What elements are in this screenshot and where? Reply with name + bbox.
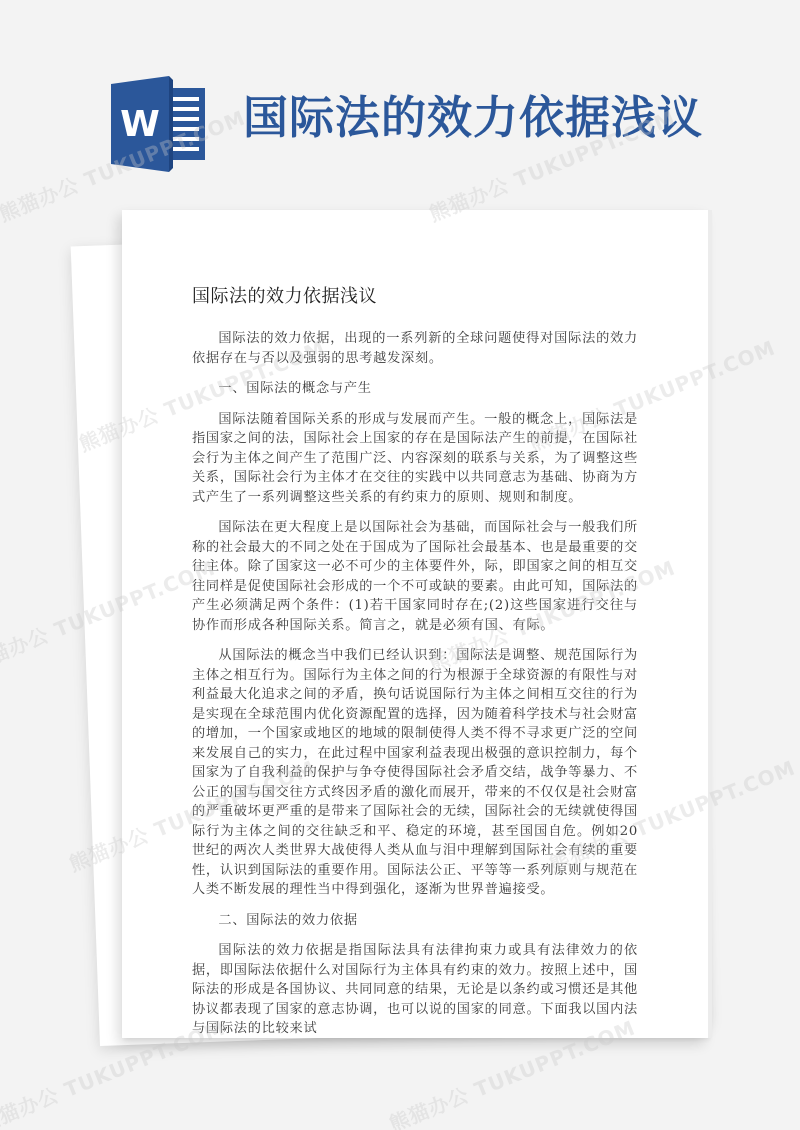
page-edge — [708, 210, 712, 1038]
document-body: 国际法的效力依据，出现的一系列新的全球问题使得对国际法的效力依据存在与否以及强弱… — [192, 329, 638, 1050]
svg-text:W: W — [120, 104, 160, 145]
body-paragraph: 国际法随着国际关系的形成与发展而产生。一般的概念上，国际法是指国家之间的法，国际… — [192, 410, 638, 508]
intro-paragraph: 国际法的效力依据，出现的一系列新的全球问题使得对国际法的效力依据存在与否以及强弱… — [192, 329, 638, 368]
document-page: 国际法的效力依据浅议 国际法的效力依据，出现的一系列新的全球问题使得对国际法的效… — [122, 210, 708, 1038]
word-icon: W — [111, 76, 209, 172]
body-paragraph: 国际法在更大程度上是以国际社会为基础，而国际社会与一般我们所称的社会最大的不同之… — [192, 518, 638, 635]
section-heading-2: 二、国际法的效力依据 — [192, 911, 638, 931]
section-heading-1: 一、国际法的概念与产生 — [192, 379, 638, 399]
body-paragraph: 从国际法的概念当中我们已经认识到：国际法是调整、规范国际行为主体之相互行为。国际… — [192, 646, 638, 900]
banner-title: 国际法的效力依据浅议 — [243, 82, 703, 154]
body-paragraph: 国际法的效力依据是指国际法具有法律拘束力或具有法律效力的依据，即国际法依据什么对… — [192, 941, 638, 1039]
document-title: 国际法的效力依据浅议 — [192, 282, 377, 308]
header-banner: W 国际法的效力依据浅议 — [0, 0, 800, 200]
